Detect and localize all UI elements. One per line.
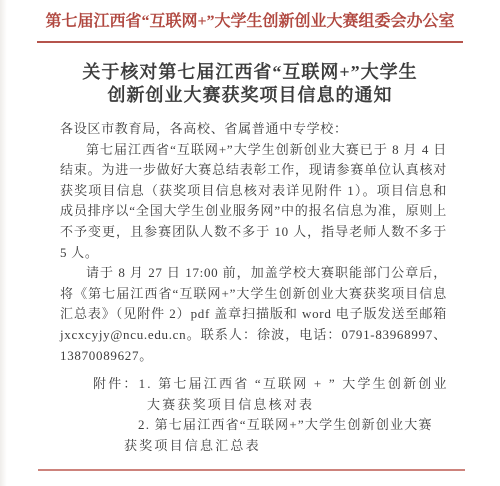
- notice-title-line-2: 创新创业大赛获奖项目信息的通知: [30, 84, 470, 107]
- scan-edge-shadow: [0, 0, 7, 486]
- attachment-item-1-line-2: 大赛获奖项目信息核对表: [147, 395, 500, 416]
- attachment-item-2-line-1: 2. 第七届江西省“互联网+”大学生创新创业大赛: [138, 415, 500, 436]
- letterhead-divider-rule: [37, 41, 463, 43]
- attachments-block: 附件：1. 第七届江西省 “互联网 + ” 大学生创新创业 大赛获奖项目信息核对…: [0, 374, 500, 456]
- notice-title: 关于核对第七届江西省“互联网+”大学生 创新创业大赛获奖项目信息的通知: [30, 61, 470, 107]
- attachments-label-and-item-1-line-1: 附件：1. 第七届江西省 “互联网 + ” 大学生创新创业: [93, 374, 500, 395]
- body-paragraph-2: 请于 8 月 27 日 17:00 前，加盖学校大赛职能部门公章后，将《第七届江…: [60, 263, 447, 366]
- letterhead-org-title: 第七届江西省“互联网+”大学生创新创业大赛组委会办公室: [0, 0, 500, 34]
- body-paragraph-1: 第七届江西省“互联网+”大学生创新创业大赛已于 8 月 4 日结束。为进一步做好…: [60, 140, 447, 264]
- attachment-item-2-line-2: 获奖项目信息汇总表: [124, 436, 500, 457]
- notice-title-line-1: 关于核对第七届江西省“互联网+”大学生: [30, 61, 470, 84]
- notice-body: 各设区市教育局，各高校、省属普通中专学校： 第七届江西省“互联网+”大学生创新创…: [60, 119, 447, 366]
- salutation-line: 各设区市教育局，各高校、省属普通中专学校：: [60, 119, 447, 140]
- footer-rule: [38, 469, 465, 471]
- notice-document-page: 第七届江西省“互联网+”大学生创新创业大赛组委会办公室 关于核对第七届江西省“互…: [0, 0, 500, 486]
